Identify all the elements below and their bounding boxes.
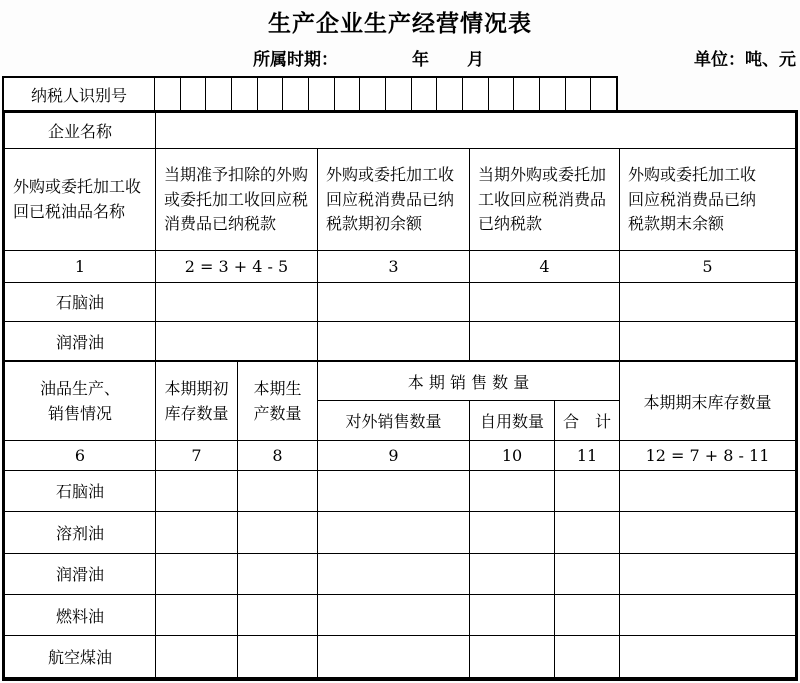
s2-cell[interactable]: [156, 470, 238, 511]
s2-cell[interactable]: [318, 636, 470, 678]
s1-cell[interactable]: [620, 282, 796, 321]
s2-cell[interactable]: [555, 470, 620, 511]
s1-colnum-1: 1: [5, 251, 156, 282]
s2-colnum-12: 12 = 7 + 8 - 11: [620, 441, 796, 470]
s1-header-current-paid-tax: 当期外购或委托加工收回应税消费品已纳税款: [470, 149, 620, 251]
taxpayer-id-box[interactable]: [462, 78, 488, 110]
company-name-field[interactable]: [156, 113, 796, 149]
s2-header-production: 本期生产数量: [238, 361, 318, 441]
s1-header-opening-balance: 外购或委托加工收回应税消费品已纳税款期初余额: [318, 149, 470, 251]
s1-colnum-4: 4: [470, 251, 620, 282]
taxpayer-id-box[interactable]: [180, 78, 206, 110]
s1-header-deductible-tax: 当期准予扣除的外购或委托加工收回应税消费品已纳税款: [156, 149, 318, 251]
main-table: 企业名称 外购或委托加工收回已税油品名称 当期准予扣除的外购或委托加工收回应税消…: [4, 112, 796, 678]
taxpayer-id-box[interactable]: [590, 78, 616, 110]
s2-cell[interactable]: [238, 512, 318, 553]
taxpayer-id-box[interactable]: [359, 78, 385, 110]
s1-row-label: 石脑油: [5, 282, 156, 321]
s2-cell[interactable]: [238, 470, 318, 511]
s2-cell[interactable]: [620, 595, 796, 636]
s2-cell[interactable]: [318, 512, 470, 553]
taxpayer-id-box[interactable]: [334, 78, 360, 110]
table-row: 航空煤油: [5, 636, 796, 678]
s2-cell[interactable]: [318, 595, 470, 636]
table-row: 石脑油: [5, 470, 796, 511]
taxpayer-id-box[interactable]: [513, 78, 539, 110]
taxpayer-id-box[interactable]: [308, 78, 334, 110]
taxpayer-id-box[interactable]: [436, 78, 462, 110]
s2-cell[interactable]: [318, 553, 470, 594]
month-label: 月: [467, 45, 484, 70]
s1-colnum-3: 3: [318, 251, 470, 282]
s2-cell[interactable]: [156, 553, 238, 594]
s2-header-external-sales: 对外销售数量: [318, 401, 470, 441]
s2-cell[interactable]: [470, 636, 555, 678]
s2-cell[interactable]: [156, 512, 238, 553]
taxpayer-id-box[interactable]: [565, 78, 591, 110]
s2-header-self-use: 自用数量: [470, 401, 555, 441]
period-label: 所属时期：: [253, 45, 338, 70]
s2-row-label: 燃料油: [5, 595, 156, 636]
s2-cell[interactable]: [238, 553, 318, 594]
main-table-wrapper: 企业名称 外购或委托加工收回已税油品名称 当期准予扣除的外购或委托加工收回应税消…: [2, 110, 798, 681]
s2-cell[interactable]: [470, 512, 555, 553]
taxpayer-id-boxes: [154, 78, 616, 110]
s2-cell[interactable]: [620, 512, 796, 553]
table-row: 石脑油: [5, 282, 796, 321]
unit-label: 单位：吨、元: [694, 45, 796, 70]
s2-header-opening-stock: 本期期初库存数量: [156, 361, 238, 441]
s2-header-total: 合 计: [555, 401, 620, 441]
taxpayer-id-box[interactable]: [257, 78, 283, 110]
s2-row-label: 润滑油: [5, 553, 156, 594]
s1-cell[interactable]: [470, 322, 620, 361]
s2-cell[interactable]: [156, 595, 238, 636]
s2-cell[interactable]: [555, 636, 620, 678]
s2-colnum-9: 9: [318, 441, 470, 470]
s2-cell[interactable]: [238, 595, 318, 636]
s1-colnum-5: 5: [620, 251, 796, 282]
taxpayer-id-box[interactable]: [205, 78, 231, 110]
s1-cell[interactable]: [470, 282, 620, 321]
s1-header-product-name: 外购或委托加工收回已税油品名称: [5, 149, 156, 251]
s2-colnum-10: 10: [470, 441, 555, 470]
s2-row-label: 溶剂油: [5, 512, 156, 553]
taxpayer-id-box[interactable]: [539, 78, 565, 110]
taxpayer-id-strip: 纳税人识别号: [2, 76, 618, 112]
taxpayer-id-box[interactable]: [385, 78, 411, 110]
s2-header-closing-stock: 本期期末库存数量: [620, 361, 796, 441]
s2-cell[interactable]: [620, 553, 796, 594]
s2-colnum-8: 8: [238, 441, 318, 470]
table-row: 润滑油: [5, 322, 796, 361]
s2-cell[interactable]: [470, 553, 555, 594]
s1-cell[interactable]: [318, 282, 470, 321]
table-row: 润滑油: [5, 553, 796, 594]
s2-cell[interactable]: [470, 470, 555, 511]
s1-colnum-2: 2 = 3 + 4 - 5: [156, 251, 318, 282]
s2-row-label: 航空煤油: [5, 636, 156, 678]
year-label: 年: [412, 45, 429, 70]
s2-header-sales-banner: 本 期 销 售 数 量: [318, 361, 620, 400]
s2-colnum-6: 6: [5, 441, 156, 470]
s2-cell[interactable]: [238, 636, 318, 678]
s1-row-label: 润滑油: [5, 322, 156, 361]
s1-cell[interactable]: [156, 282, 318, 321]
s2-cell[interactable]: [470, 595, 555, 636]
s2-cell[interactable]: [555, 595, 620, 636]
taxpayer-id-box[interactable]: [231, 78, 257, 110]
s2-cell[interactable]: [318, 470, 470, 511]
taxpayer-id-box[interactable]: [411, 78, 437, 110]
table-row: 燃料油: [5, 595, 796, 636]
s2-cell[interactable]: [620, 470, 796, 511]
table-row: 溶剂油: [5, 512, 796, 553]
s2-cell[interactable]: [555, 512, 620, 553]
s2-cell[interactable]: [620, 636, 796, 678]
company-name-label: 企业名称: [5, 113, 156, 149]
s1-cell[interactable]: [318, 322, 470, 361]
s2-row-label: 石脑油: [5, 470, 156, 511]
s1-cell[interactable]: [620, 322, 796, 361]
s2-colnum-7: 7: [156, 441, 238, 470]
taxpayer-id-box[interactable]: [488, 78, 514, 110]
taxpayer-id-box[interactable]: [282, 78, 308, 110]
s2-cell[interactable]: [555, 553, 620, 594]
taxpayer-id-label: 纳税人识别号: [4, 78, 154, 110]
s2-header-product: 油品生产、销售情况: [5, 361, 156, 441]
taxpayer-id-box[interactable]: [154, 78, 180, 110]
s2-cell[interactable]: [156, 636, 238, 678]
s2-colnum-11: 11: [555, 441, 620, 470]
page-title: 生产企业生产经营情况表: [0, 5, 800, 38]
s1-header-closing-balance: 外购或委托加工收回应税消费品已纳税款期末余额: [620, 149, 796, 251]
s1-cell[interactable]: [156, 322, 318, 361]
form-page: 生产企业生产经营情况表 所属时期： 年 月 单位：吨、元 纳税人识别号 企业名称…: [0, 0, 800, 683]
